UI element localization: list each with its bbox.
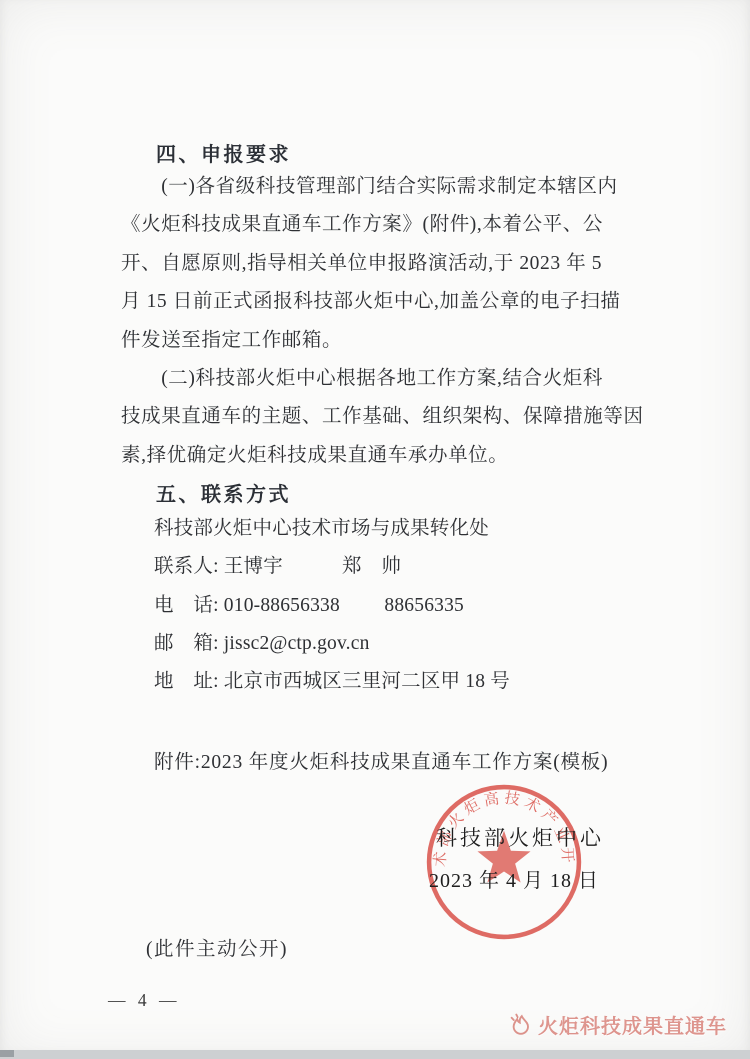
torch-flame-icon	[508, 1012, 533, 1037]
contact-info-block: 科技部火炬中心技术市场与成果转化处 联系人: 王博宇 郑 帅 电 话: 010-…	[154, 510, 510, 701]
page-number: — 4 —	[108, 990, 181, 1011]
scan-corner-mark	[0, 1050, 14, 1057]
footer-brand-text: 火炬科技成果直通车	[538, 1010, 727, 1039]
official-seal-stamp: 科学技术部火炬高技术产业开发中心	[423, 781, 585, 943]
scanned-document-page: 四、申报要求 (一)各省级科技管理部门结合实际需求制定本辖区内 《火炬科技成果直…	[0, 0, 750, 1059]
footer-brand: 火炬科技成果直通车	[508, 1010, 727, 1039]
section4-paragraph2: (二)科技部火炬中心根据各地工作方案,结合火炬科 技成果直通车的主题、工作基础、…	[121, 360, 649, 475]
section4-paragraph1: (一)各省级科技管理部门结合实际需求制定本辖区内 《火炬科技成果直通车工作方案》…	[121, 168, 649, 360]
issue-date: 2023 年 4 月 18 日	[429, 864, 599, 893]
section5-heading: 五、联系方式	[156, 478, 291, 507]
issuer-name: 科技部火炬中心	[436, 822, 604, 852]
section4-heading: 四、申报要求	[156, 138, 291, 167]
disclosure-note: (此件主动公开)	[146, 931, 288, 969]
seal-graphic: 科学技术部火炬高技术产业开发中心	[423, 781, 585, 943]
attachment-line: 附件:2023 年度火炬科技成果直通车工作方案(模板)	[154, 744, 608, 782]
scan-bottom-edge	[0, 1050, 750, 1059]
